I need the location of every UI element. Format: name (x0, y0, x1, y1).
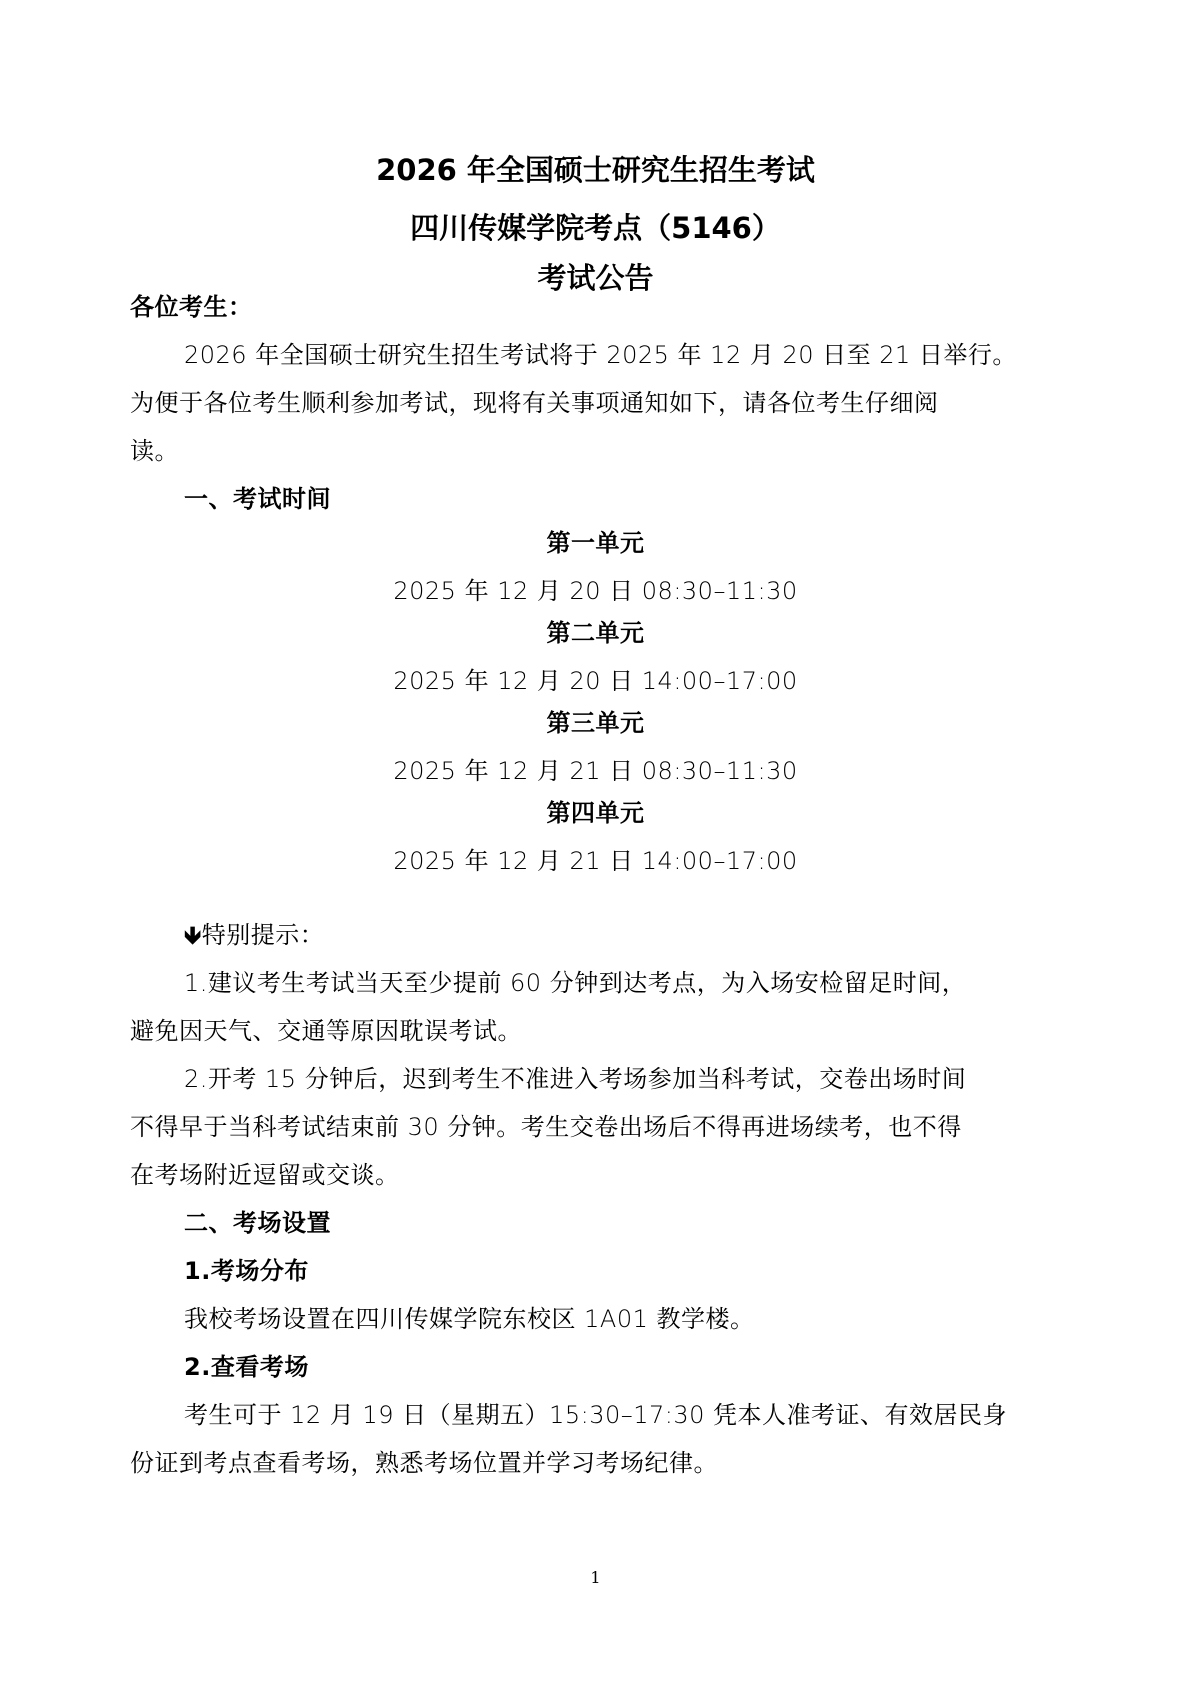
greeting: 各位考生： (130, 290, 1070, 324)
tip-2-line-3: 在考场附近逗留或交谈。 (130, 1158, 1070, 1192)
subheading-room-distribution: 1.考场分布 (184, 1254, 1124, 1288)
subheading-view-room: 2.查看考场 (184, 1350, 1124, 1384)
view-room-line-2: 份证到考点查看考场，熟悉考场位置并学习考场纪律。 (130, 1446, 1070, 1480)
unit-1-time: 2025 年 12 月 20 日 08:30–11:30 (0, 574, 1191, 608)
title-line-2: 四川传媒学院考点（5146） (0, 208, 1191, 248)
intro-line-1: 2026 年全国硕士研究生招生考试将于 2025 年 12 月 20 日至 21… (184, 338, 1124, 372)
intro-line-3: 读。 (130, 434, 1070, 468)
tip-1-line-1: 1.建议考生考试当天至少提前 60 分钟到达考点，为入场安检留足时间， (184, 966, 1124, 1000)
unit-3-time: 2025 年 12 月 21 日 08:30–11:30 (0, 754, 1191, 788)
tip-1-line-2: 避免因天气、交通等原因耽误考试。 (130, 1014, 1070, 1048)
view-room-line-1: 考生可于 12 月 19 日（星期五）15:30–17:30 凭本人准考证、有效… (184, 1398, 1124, 1432)
document-page: 2026 年全国硕士研究生招生考试 四川传媒学院考点（5146） 考试公告 各位… (0, 0, 1191, 1684)
tip-2-line-1: 2.开考 15 分钟后，迟到考生不准进入考场参加当科考试，交卷出场时间 (184, 1062, 1124, 1096)
section-heading-exam-time: 一、考试时间 (184, 482, 1124, 516)
special-tips-text: 特别提示： (202, 921, 325, 949)
unit-2-name: 第二单元 (0, 616, 1191, 650)
section-heading-exam-room: 二、考场设置 (184, 1206, 1124, 1240)
unit-4-time: 2025 年 12 月 21 日 14:00–17:00 (0, 844, 1191, 878)
room-distribution-text: 我校考场设置在四川传媒学院东校区 1A01 教学楼。 (184, 1302, 1124, 1336)
tip-2-line-2: 不得早于当科考试结束前 30 分钟。考生交卷出场后不得再进场续考，也不得 (130, 1110, 1070, 1144)
arrow-down-icon: 🡻 (184, 921, 202, 949)
unit-1-name: 第一单元 (0, 526, 1191, 560)
unit-3-name: 第三单元 (0, 706, 1191, 740)
special-tips-label: 🡻特别提示： (184, 918, 1124, 952)
intro-line-2: 为便于各位考生顺利参加考试，现将有关事项通知如下，请各位考生仔细阅 (130, 386, 1070, 420)
page-number: 1 (0, 1568, 1191, 1587)
unit-4-name: 第四单元 (0, 796, 1191, 830)
title-line-1: 2026 年全国硕士研究生招生考试 (0, 150, 1191, 190)
unit-2-time: 2025 年 12 月 20 日 14:00–17:00 (0, 664, 1191, 698)
